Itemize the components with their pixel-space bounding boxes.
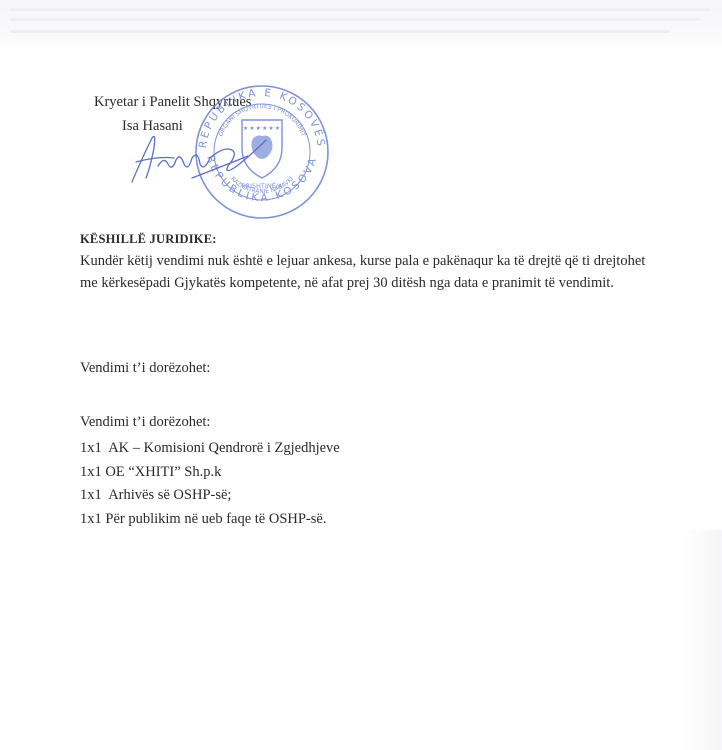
legal-advice-heading: KËSHILLË JURIDIKE: (80, 232, 217, 247)
legal-advice-text: Kundër këtij vendimi nuk është e lejuar … (80, 251, 660, 294)
handwritten-signature-icon (128, 128, 268, 188)
recipient-item: 1x1 Arhivës së OSHP-së; (80, 484, 340, 508)
recipient-item: 1x1 AK – Komisioni Qendrorë i Zgjedhjeve (80, 437, 340, 461)
scan-bleed-through (0, 0, 722, 50)
delivery-label-first: Vendimi t’i dorëzohet: (80, 360, 210, 377)
bleed-line (10, 18, 700, 21)
recipient-item: 1x1 Për publikim në ueb faqe të OSHP-së. (80, 508, 340, 532)
recipient-item: 1x1 OE “XHITI” Sh.p.k (80, 461, 340, 485)
scan-edge-noise (682, 530, 722, 750)
recipient-list: 1x1 AK – Komisioni Qendrorë i Zgjedhjeve… (80, 437, 340, 531)
delivery-label-second: Vendimi t’i dorëzohet: (80, 414, 210, 431)
bleed-line (10, 30, 670, 33)
bleed-line (10, 8, 710, 11)
